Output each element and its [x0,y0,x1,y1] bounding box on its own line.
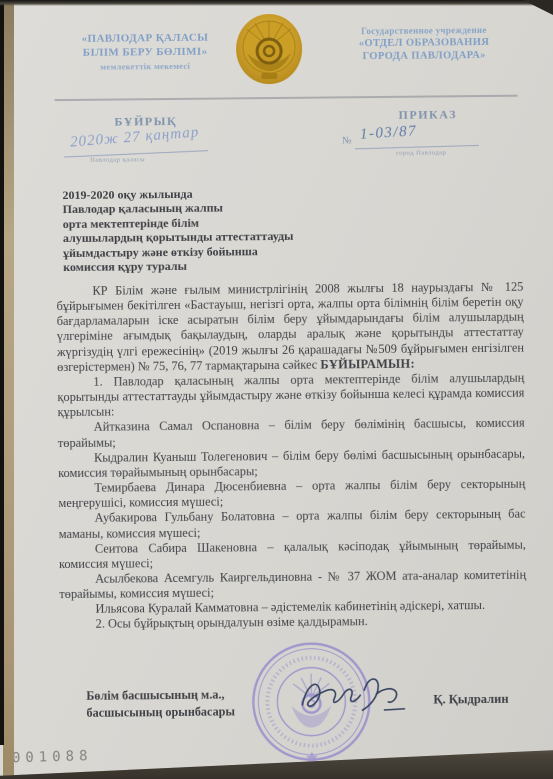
order-title: 2019-2020 оқу жылында Павлодар қаласының… [62,185,373,274]
commission-member: Асылбекова Асемгуль Каиргельдиновна - № … [59,568,526,603]
handwritten-order-number: 1-03/87 [359,123,417,144]
place-caption-russian: город Павлодар [396,149,446,156]
signer-position: Бөлім басшысының м.а., басшысының орынба… [86,686,296,721]
org-ru-line3: ГОРОДА ПАВЛОДАРА» [329,49,519,64]
resolve-word: БҰЙЫРАМЫН: [320,356,415,371]
commission-member: Кыдралин Куаныш Толегенович – білім беру… [58,446,525,481]
document-photo: «ПАВЛОДАР ҚАЛАСЫ БІЛІМ БЕРУ БӨЛІМІ» мемл… [0,0,553,779]
photo-frame-top [0,0,553,6]
body-paragraph: 2. Осы бұйрықтың орындалуын өзіме қалдыр… [60,613,527,633]
commission-member: Айтказина Самал Оспановна – білім беру б… [58,416,525,451]
commission-member: Аубакирова Гульбану Болатовна – орта жал… [59,507,526,542]
intro-text: КР Білім және ғылым министрлігінің 2008 … [56,280,524,374]
order-type-russian: ПРИКАЗ [368,107,488,123]
signer-position-line2: басшысының орынбасары [86,702,296,721]
serial-number: 001088 [12,748,93,766]
signature-scribble-icon [296,664,417,723]
photo-background-left-edge [3,4,14,779]
title-line: комиссия құру туралы [63,257,373,274]
intro-paragraph: КР Білім және ғылым министрлігінің 2008 … [56,280,524,375]
commission-member: Темирбаева Динара Дюсенбиевна – орта жал… [58,477,525,512]
body-paragraph: 1. Павлодар қаласының жалпы орта мектепт… [57,371,524,421]
order-document: «ПАВЛОДАР ҚАЛАСЫ БІЛІМ БЕРУ БӨЛІМІ» мемл… [0,0,553,779]
photo-frame-left [0,0,4,745]
order-body: КР Білім және ғылым министрлігінің 2008 … [56,280,526,633]
signer-position-line1: Бөлім басшысының м.а., [86,686,296,705]
org-ru-line1: Государственное учреждение [329,24,519,38]
photo-frame-corner [523,0,553,15]
commission-member: Сеитова Сабира Шакеновна – қалалық кәсіп… [59,537,526,572]
org-kk-line3: мемлекеттік мекемесі [54,60,236,72]
header-divider [55,95,518,101]
number-sign: № [342,135,352,146]
kazakhstan-emblem-icon [233,11,306,88]
org-name-russian: Государственное учреждение «ОТДЕЛ ОБРАЗО… [329,24,519,64]
place-caption-kazakh: Павлодар қаласы [90,156,145,164]
org-kk-line2: БІЛІМ БЕРУ БӨЛІМІ» [54,45,236,60]
org-name-kazakh: «ПАВЛОДАР ҚАЛАСЫ БІЛІМ БЕРУ БӨЛІМІ» мемл… [54,31,236,72]
signer-name: Қ. Қыдралин [433,692,508,708]
